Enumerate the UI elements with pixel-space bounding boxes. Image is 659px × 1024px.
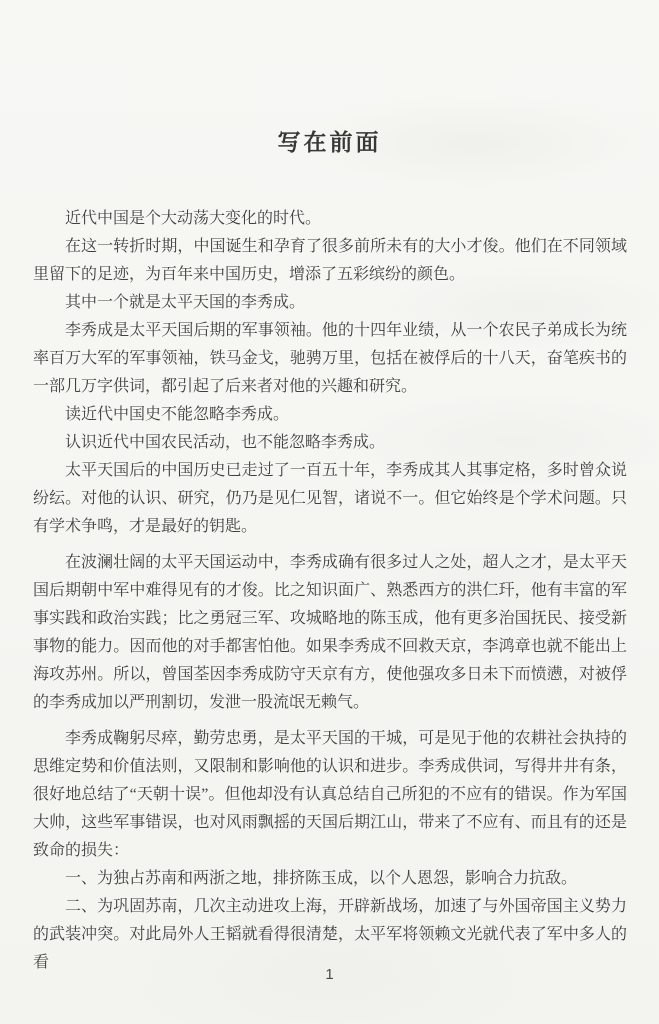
page-number: 1 (0, 966, 659, 983)
paragraph: 其中一个就是太平天国的李秀成。 (33, 289, 627, 317)
paragraph: 近代中国是个大动荡大变化的时代。 (33, 205, 627, 233)
paragraph: 认识近代中国农民活动，也不能忽略李秀成。 (33, 429, 627, 457)
paragraph: 李秀成是太平天国后期的军事领袖。他的十四年业绩，从一个农民子弟成长为统率百万大军… (33, 317, 627, 401)
paragraph: 太平天国后的中国历史已走过了一百五十年，李秀成其人其事定格，多时曾众说纷纭。对他… (33, 457, 627, 541)
paragraph: 李秀成鞠躬尽瘁，勤劳忠勇，是太平天国的干城，可是见于他的农耕社会执持的思维定势和… (33, 725, 627, 865)
book-page: 写在前面 近代中国是个大动荡大变化的时代。 在这一转折时期，中国诞生和孕育了很多… (0, 0, 659, 1024)
body-text: 近代中国是个大动荡大变化的时代。 在这一转折时期，中国诞生和孕育了很多前所未有的… (33, 205, 627, 977)
paragraph: 读近代中国史不能忽略李秀成。 (33, 401, 627, 429)
chapter-title: 写在前面 (0, 0, 659, 158)
paragraph-list-item: 一、为独占苏南和两浙之地，排挤陈玉成，以个人恩怨，影响合力抗敌。 (33, 865, 627, 893)
paragraph-list-item: 二、为巩固苏南，几次主动进攻上海，开辟新战场，加速了与外国帝国主义势力的武装冲突… (33, 893, 627, 977)
paragraph: 在波澜壮阔的太平天国运动中，李秀成确有很多过人之处，超人之才，是太平天国后期朝中… (33, 549, 627, 717)
paragraph: 在这一转折时期，中国诞生和孕育了很多前所未有的大小才俊。他们在不同领域里留下的足… (33, 233, 627, 289)
